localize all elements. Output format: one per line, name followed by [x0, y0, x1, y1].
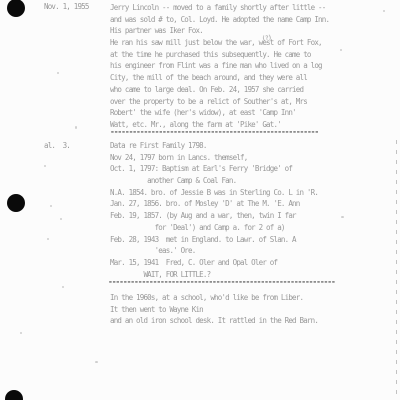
text-line: Nov 24, 1797 born in Lancs. themself,	[110, 152, 318, 164]
page-edge-line	[396, 140, 397, 400]
text-line: Oct. 1, 1797: Baptism at Earl's Ferry 'B…	[110, 163, 318, 175]
separator-line: ----------------------------------------…	[110, 129, 319, 135]
text-line: for 'Deal') and Camp a. for 2 of a)	[110, 222, 318, 234]
speck	[60, 218, 62, 220]
text-line: In the 1960s, at a school, who'd like be…	[110, 292, 318, 304]
text-line: and an old iron school desk. It rattled …	[110, 315, 318, 327]
text-line: Jerry Lincoln -- moved to a family short…	[110, 2, 329, 14]
text-line: over the property to be a relict of Sout…	[110, 96, 329, 108]
speck	[341, 216, 344, 218]
speck	[62, 286, 64, 288]
text-line: and was sold # to, Col. Loyd. He adopted…	[110, 14, 329, 26]
text-line: who came to large deal. On Feb. 24, 1957…	[110, 84, 329, 96]
entry-2-label: al. 3.	[44, 141, 70, 150]
speck	[383, 10, 385, 12]
speck	[95, 361, 98, 363]
speck	[50, 205, 52, 207]
text-line: Robert' the wife (her's widow), at east …	[110, 107, 329, 119]
text-line: Feb. 19, 1857. (by Aug and a war, then, …	[110, 210, 318, 222]
punch-hole-middle	[7, 194, 25, 212]
speck	[57, 72, 59, 74]
text-line: It then went to Wayne Kin	[110, 304, 318, 316]
entry-2-text: Data re First Family 1798. Nov 24, 1797 …	[110, 140, 318, 280]
text-line: His partner was Iker Fox.	[110, 25, 329, 37]
speck	[47, 238, 49, 240]
text-line: 'eas.' Ore.	[110, 245, 318, 257]
text-line: N.A. 1854. bro. of Jessie B was in Sterl…	[110, 187, 318, 199]
separator-line: ----------------------------------------…	[108, 279, 335, 285]
punch-hole-bottom	[5, 390, 23, 400]
speck	[340, 49, 342, 51]
speck	[44, 165, 46, 167]
text-line: his engineer from Flint was a fine man w…	[110, 60, 329, 72]
text-line: at the time he purchased this subsequent…	[110, 49, 329, 61]
text-line: Mar. 15, 1941 Fred, C. Oler and Opal Ole…	[110, 257, 318, 269]
punch-hole-top	[7, 0, 25, 17]
speck	[75, 126, 77, 129]
entry-3-text: In the 1960s, at a school, who'd like be…	[110, 292, 318, 327]
scanned-document-page: Nov. 1, 1955 Jerry Lincoln -- moved to a…	[0, 0, 400, 400]
text-line: Data re First Family 1798.	[110, 140, 318, 152]
entry-1-text: Jerry Lincoln -- moved to a family short…	[110, 2, 329, 131]
text-line: Jan. 27, 1856. bro. of Mosley 'D' at The…	[110, 198, 318, 210]
interlinear-annotation: (?)	[262, 34, 272, 42]
speck	[20, 332, 22, 334]
text-line: another Camp & Coal Fan.	[110, 175, 318, 187]
text-line: City, the mill of the beach around, and …	[110, 72, 329, 84]
entry-1-date: Nov. 1, 1955	[44, 2, 89, 11]
text-line: Feb. 28, 1943 met in England. to Lawr. o…	[110, 234, 318, 246]
text-line: He ran his saw mill just below the war, …	[110, 37, 329, 49]
